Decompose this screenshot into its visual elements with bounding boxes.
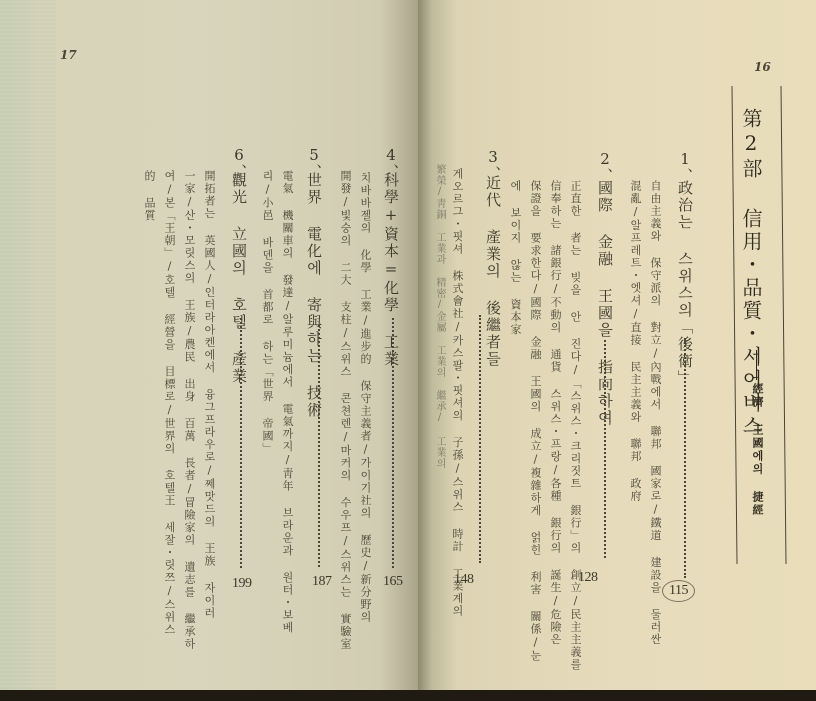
left-page-number: 17 bbox=[60, 48, 77, 62]
right-page-number: 16 bbox=[754, 60, 771, 74]
section-page-number[interactable]: 165 bbox=[383, 574, 403, 590]
section-number: 2、 bbox=[597, 150, 612, 183]
section-summary-line: 게오르그・핏셔 株式會社/카스팔・핏셔의 子孫/스위스 時計 工業계의 bbox=[452, 168, 463, 618]
section-summary-line: 치바바젤의 化學 工業/進步的 保守主義者/가이기社의 歷史/新分野의 bbox=[360, 172, 371, 624]
leader-dots bbox=[392, 318, 394, 568]
section-summary-line: 自由主義와 保守派의 對立/內戰에서 聯邦 國家로/鐵道 建設을 둘러싼 bbox=[650, 180, 661, 646]
section-title[interactable]: 觀光 立國의 호텔 產業 bbox=[231, 172, 246, 385]
section-summary-line: 여/본「王朝」/호텔 經營을 目標로/世界의 호텔王 세잘・릿쯔/스위스 bbox=[164, 170, 175, 636]
book-bottom-edge bbox=[0, 690, 816, 701]
section-page-number[interactable]: 199 bbox=[232, 576, 252, 592]
leader-dots bbox=[240, 318, 242, 568]
section-summary-line: 에 보이지 않는 資本家 bbox=[510, 180, 521, 336]
section-summary-line: 電氣 機關車의 發達/알루미늄에서 電氣까지/靑年 브라운과 원터・보베 bbox=[282, 170, 293, 634]
book-spread: 17 16 第2部 信用・品質・서어비스 經濟 王國에의 捷經 1、 政治는 스… bbox=[0, 0, 816, 693]
section-number: 1、 bbox=[677, 150, 692, 183]
section-summary-line: 信奉하는 諸銀行/不動의 通貨 스위스・프랑/各種 銀行의 誕生/危險은 bbox=[550, 180, 561, 646]
leader-dots bbox=[318, 325, 320, 567]
section-summary-line: 保證을 要求한다/國際 金融 王國의 成立/複雜하게 얽힌 利害 關係/눈 bbox=[530, 180, 541, 663]
section-title[interactable]: 科學+資本=化學 工業 bbox=[383, 172, 398, 368]
part-subtitle: 經濟 王國에의 捷經 bbox=[749, 383, 765, 517]
section-summary-line: 繁榮/靑銅 工業과 精密/金屬 工業의 繼承/ 工業의 bbox=[434, 164, 444, 469]
section-summary-line: 混亂/알프레트・엣셔/直接 民主主義와 聯邦 政府 bbox=[630, 180, 641, 503]
section-summary-line: 正直한 者는 빚을 안 진다/「스위스・크리짓트 銀行」의 創立/民主主義를 bbox=[570, 180, 581, 671]
section-summary-line: 리/小邑 바덴을 首都로 하는「世界 帝國」 bbox=[262, 170, 273, 455]
section-page-number[interactable]: 115 bbox=[662, 580, 695, 602]
section-title[interactable]: 近代 產業의 後繼者들 bbox=[485, 175, 500, 368]
leader-dots bbox=[684, 338, 686, 578]
section-page-number[interactable]: 187 bbox=[312, 574, 332, 590]
section-summary-line: 開發/빛숭의 二大 支柱/스위스 콘쳔렌/마커의 수우프/스위스는 實驗室 bbox=[340, 170, 351, 651]
leader-dots bbox=[479, 315, 481, 563]
part-title-dash bbox=[756, 350, 757, 380]
section-summary-line: 開拓者는 英國人/인터라아켄에서 융그프라우로/쩨맛드의 王族 자이러 bbox=[204, 170, 215, 620]
section-summary-line: 一家/산・모릿스의 王族/農民 出身 百萬 長者/冒險家의 遺志를 繼承하 bbox=[184, 170, 195, 651]
leader-dots bbox=[604, 340, 606, 558]
section-summary-line: 的 品質 bbox=[144, 170, 155, 222]
